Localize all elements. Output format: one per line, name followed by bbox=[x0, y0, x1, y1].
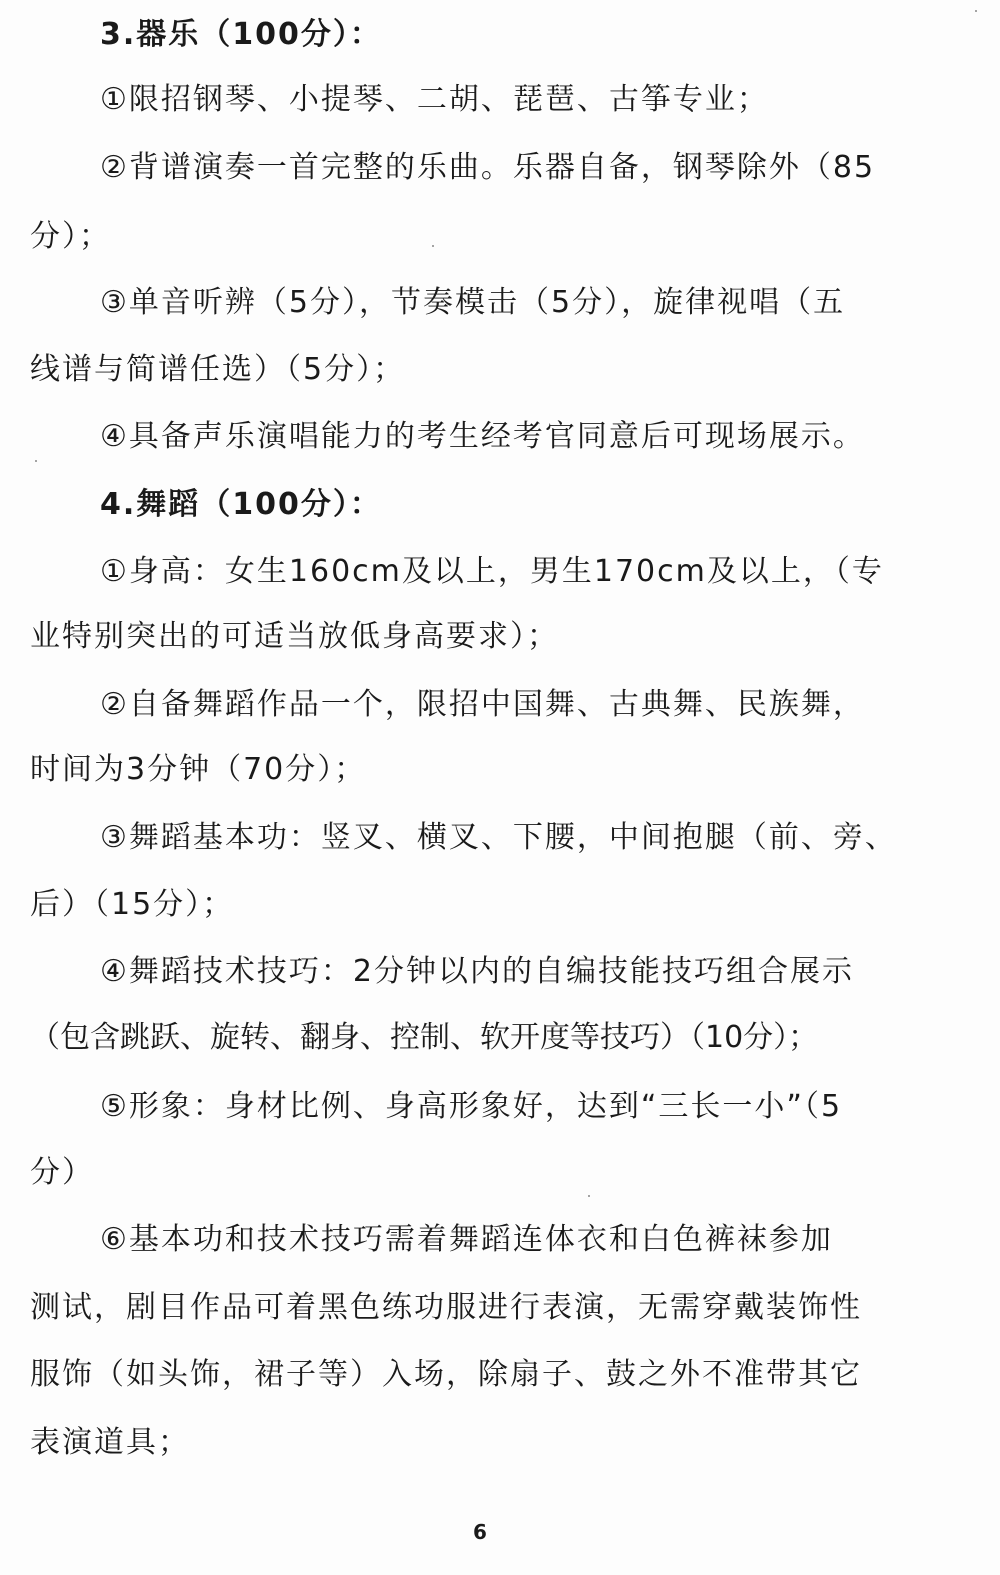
document-page: 3.器乐（100分）： ①限招钢琴、小提琴、二胡、琵琶、古筝专业； ②背谱演奏一… bbox=[0, 0, 1000, 1575]
scan-speck bbox=[975, 10, 977, 12]
instrumental-item-1: ①限招钢琴、小提琴、二胡、琵琶、古筝专业； bbox=[100, 80, 769, 120]
dance-item-5-line-2: 分） bbox=[30, 1153, 94, 1193]
dance-item-2-line-2: 时间为3分钟（70分）； bbox=[30, 750, 366, 790]
instrumental-item-4: ④具备声乐演唱能力的考生经考官同意后可现场展示。 bbox=[100, 417, 865, 457]
dance-item-6-line-4: 表演道具； bbox=[30, 1423, 190, 1463]
dance-item-3-line-2: 后）（15分）； bbox=[30, 885, 234, 925]
dance-item-1-line-2: 业特别突出的可适当放低身高要求）； bbox=[30, 617, 559, 657]
dance-item-4-line-2: （包含跳跃、旋转、翻身、控制、软开度等技巧）（10分）； bbox=[30, 1018, 818, 1058]
instrumental-item-3-line-1: ③单音听辨（5分），节奏模击（5分），旋律视唱（五 bbox=[100, 283, 845, 323]
instrumental-item-2-line-1: ②背谱演奏一首完整的乐曲。乐器自备，钢琴除外（85 bbox=[100, 148, 875, 188]
dance-item-6-line-2: 测试，剧目作品可着黑色练功服进行表演，无需穿戴装饰性 bbox=[30, 1288, 862, 1328]
instrumental-item-3-line-2: 线谱与简谱任选）（5分）； bbox=[30, 350, 405, 390]
dance-item-3-line-1: ③舞蹈基本功：竖叉、横叉、下腰，中间抱腿（前、旁、 bbox=[100, 818, 897, 858]
dance-item-2-line-1: ②自备舞蹈作品一个，限招中国舞、古典舞、民族舞， bbox=[100, 685, 865, 725]
page-number: 6 bbox=[0, 1520, 960, 1544]
dance-item-1-line-1: ①身高：女生160cm及以上，男生170cm及以上，（专 bbox=[100, 552, 884, 592]
dance-item-5-line-1: ⑤形象：身材比例、身高形象好，达到“三长一小”（5 bbox=[100, 1087, 842, 1127]
dance-item-6-line-3: 服饰（如头饰，裙子等）入场，除扇子、鼓之外不准带其它 bbox=[30, 1355, 862, 1395]
scan-speck bbox=[35, 460, 37, 462]
dance-item-6-line-1: ⑥基本功和技术技巧需着舞蹈连体衣和白色裤袜参加 bbox=[100, 1220, 833, 1260]
section-heading-instrumental: 3.器乐（100分）： bbox=[100, 15, 382, 55]
section-heading-dance: 4.舞蹈（100分）： bbox=[100, 485, 382, 525]
scan-speck bbox=[432, 245, 434, 247]
dance-item-4-line-1: ④舞蹈技术技巧：2分钟以内的自编技能技巧组合展示 bbox=[100, 952, 854, 992]
instrumental-item-2-line-2: 分）； bbox=[30, 217, 111, 257]
scan-speck bbox=[588, 1195, 590, 1197]
